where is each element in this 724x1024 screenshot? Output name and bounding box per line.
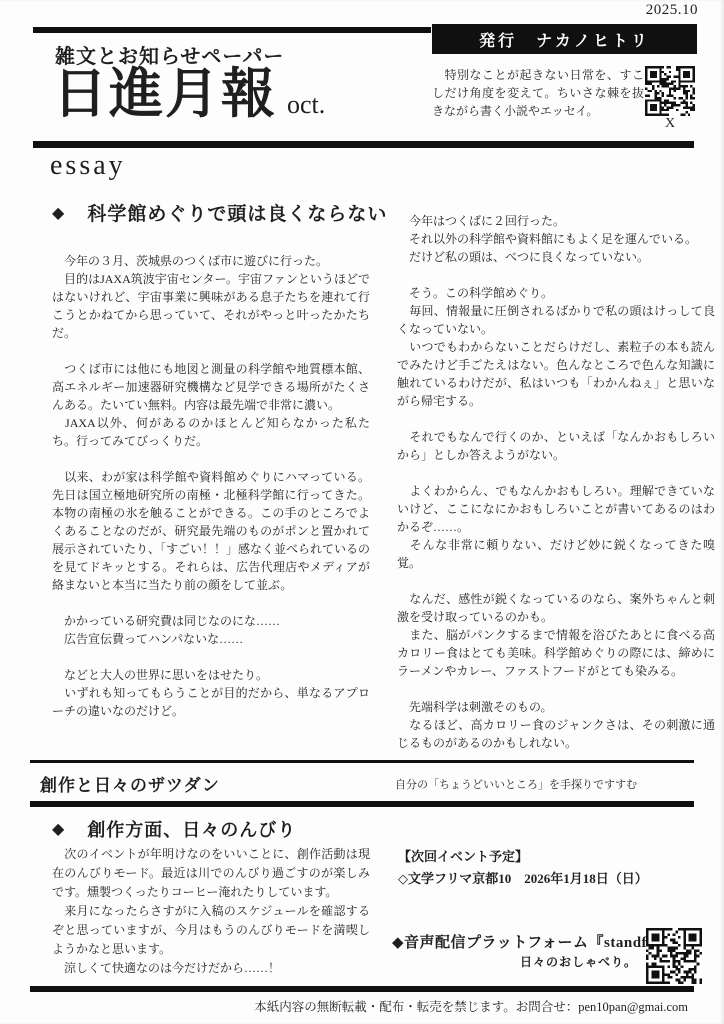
newsletter-title: 日進月報: [53, 64, 277, 124]
essay-paragraph: いつでもわからないことだらけだし、素粒子の本も読んでみたけど手ごたえはない。色ん…: [397, 338, 715, 410]
essay-paragraph: などと大人の世界に思いをはせたり。: [52, 666, 370, 684]
qr-caption: X: [645, 116, 695, 132]
paragraph-group: そう。この科学館めぐり。 毎回、情報量に圧倒されるばかりで私の頭はけっして良くな…: [397, 284, 715, 410]
paragraph-group: よくわからん、でもなんかおもしろい。理解できていないけど、ここになにかおもしろい…: [397, 482, 715, 572]
publisher-badge: 発行 ナカノヒトリ: [432, 24, 697, 54]
essay-paragraph: だけど私の頭は、べつに良くなっていない。: [397, 248, 715, 266]
paragraph-group: かかっている研究費は同じなのにな…… 広告宣伝費ってハンパないな……: [52, 612, 370, 648]
essay-paragraph: かかっている研究費は同じなのにな……: [52, 612, 370, 630]
essay-paragraph: いずれも知ってもらうことが目的だから、単なるアプローチの違いなのだけど。: [52, 684, 370, 720]
paragraph-group: なんだ、感性が鋭くなっているのなら、案外ちゃんと刺激を受け取っているのかも。 ま…: [397, 590, 715, 680]
essay-paragraph: それでもなんで行くのか、といえば「なんかおもしろいから」としか答えようがない。: [397, 428, 715, 464]
newsletter-month: oct.: [287, 90, 325, 124]
qr-code: [646, 928, 702, 984]
essay-paragraph: 以来、わが家は科学館や資料館めぐりにハマっている。先日は国立極地研究所の南極・北…: [52, 468, 370, 594]
zatsudan-paragraph: 次のイベントが年明けなのをいいことに、創作活動は現在のんびりモード。最近は川での…: [52, 845, 370, 902]
zatsudan-headline: ◆ 創作方面、日々のんびり: [52, 816, 296, 842]
band-rule-bottom: [30, 801, 694, 807]
next-event-item: ◇文学フリマ京都10 2026年1月18日（日）: [398, 868, 648, 887]
paragraph-group: つくば市には他にも地図と測量の科学館や地質標本館、高エネルギー加速器研究機構など…: [52, 360, 370, 450]
header-rule-bottom: [33, 141, 694, 148]
zatsudan-headline-text: 創作方面、日々のんびり: [87, 816, 296, 842]
band-rule-top: [30, 760, 694, 763]
essay-paragraph: 広告宣伝費ってハンパないな……: [52, 630, 370, 648]
qr-code: [645, 66, 695, 116]
zatsudan-paragraph: 来月になったらさすがに入稿のスケジュールを確認するぞと思っていますが、今月はもう…: [52, 902, 370, 959]
essay-right-column: 今年はつくばに２回行った。 それ以外の科学館や資料館にもよく足を運んでいる。 だ…: [397, 212, 715, 752]
paragraph-group: 今年の３月、茨城県のつくば市に遊びに行った。 目的はJAXA筑波宇宙センター。宇…: [52, 252, 370, 342]
paragraph-group: などと大人の世界に思いをはせたり。 いずれも知ってもらうことが目的だから、単なる…: [52, 666, 370, 720]
essay-section-label: essay: [50, 150, 126, 182]
platform-subtitle: 日々のおしゃべり。: [520, 953, 637, 970]
essay-paragraph: そう。この科学館めぐり。: [397, 284, 715, 302]
essay-paragraph: そんな非常に頼りない、だけど妙に鋭くなってきた嗅覚。: [397, 536, 715, 572]
header-rule-left: [33, 27, 431, 33]
diamond-icon: ◆: [52, 203, 65, 223]
next-event-header: 【次回イベント予定】: [398, 846, 528, 865]
publisher-label: 発行 ナカノヒトリ: [479, 28, 650, 51]
essay-paragraph: 今年の３月、茨城県のつくば市に遊びに行った。: [52, 252, 370, 270]
zatsudan-left-column: 次のイベントが年明けなのをいいことに、創作活動は現在のんびりモード。最近は川での…: [52, 845, 370, 978]
paragraph-group: 先端科学は刺激そのもの。 なるほど、高カロリー食のジャンクさは、その刺激に通じる…: [397, 698, 715, 752]
essay-paragraph: JAXA以外、何があるのかほとんど知らなかった私たち。行ってみてびっくりだ。: [52, 414, 370, 450]
footer-notice: 本紙内容の無断転載・配布・転売を禁じます。お問合せ：pen10pan@gmai.…: [33, 997, 688, 1015]
newsletter-tagline: 特別なことが起きない日常を、すこしだけ角度を変えて。ちいさな棘を抜きながら書く小…: [432, 66, 644, 120]
essay-paragraph: 今年はつくばに２回行った。: [397, 212, 715, 230]
essay-paragraph: また、脳がパンクするまで情報を浴びたあとに食べる高カロリー食はとても美味。科学館…: [397, 626, 715, 680]
essay-headline: ◆ 科学館めぐりで頭は良くならない: [52, 199, 387, 226]
zatsudan-paragraph: 涼しくて快適なのは今だけだから……！: [52, 959, 370, 978]
issue-date: 2025.10: [646, 2, 698, 19]
zatsudan-band-tagline: 自分の「ちょうどいいところ」を手探りですすむ: [395, 776, 637, 792]
essay-paragraph: つくば市には他にも地図と測量の科学館や地質標本館、高エネルギー加速器研究機構など…: [52, 360, 370, 414]
essay-left-column: 今年の３月、茨城県のつくば市に遊びに行った。 目的はJAXA筑波宇宙センター。宇…: [52, 252, 370, 720]
paragraph-group: 今年はつくばに２回行った。 それ以外の科学館や資料館にもよく足を運んでいる。 だ…: [397, 212, 715, 266]
essay-paragraph: 目的はJAXA筑波宇宙センター。宇宙ファンというほどではないけれど、宇宙事業に興…: [52, 270, 370, 342]
essay-paragraph: なるほど、高カロリー食のジャンクさは、その刺激に通じるものがあるのかもしれない。: [397, 716, 715, 752]
essay-headline-text: 科学館めぐりで頭は良くならない: [87, 199, 387, 226]
diamond-icon: ◆: [52, 819, 65, 839]
essay-paragraph: 毎回、情報量に圧倒されるばかりで私の頭はけっして良くなっていない。: [397, 302, 715, 338]
paragraph-group: 以来、わが家は科学館や資料館めぐりにハマっている。先日は国立極地研究所の南極・北…: [52, 468, 370, 594]
footer-rule: [30, 986, 694, 992]
zatsudan-band-title: 創作と日々のザツダン: [40, 771, 220, 796]
newsletter-title-row: 日進月報 oct.: [53, 64, 325, 124]
essay-paragraph: なんだ、感性が鋭くなっているのなら、案外ちゃんと刺激を受け取っているのかも。: [397, 590, 715, 626]
newsletter-page: 2025.10 発行 ナカノヒトリ 雑文とお知らせペーパー 日進月報 oct. …: [0, 0, 724, 1024]
essay-paragraph: それ以外の科学館や資料館にもよく足を運んでいる。: [397, 230, 715, 248]
essay-paragraph: 先端科学は刺激そのもの。: [397, 698, 715, 716]
paragraph-group: 次のイベントが年明けなのをいいことに、創作活動は現在のんびりモード。最近は川での…: [52, 845, 370, 978]
paragraph-group: それでもなんで行くのか、といえば「なんかおもしろいから」としか答えようがない。: [397, 428, 715, 464]
essay-paragraph: よくわからん、でもなんかおもしろい。理解できていないけど、ここになにかおもしろい…: [397, 482, 715, 536]
platform-title: ◆音声配信プラットフォーム『standfm』: [392, 931, 676, 952]
